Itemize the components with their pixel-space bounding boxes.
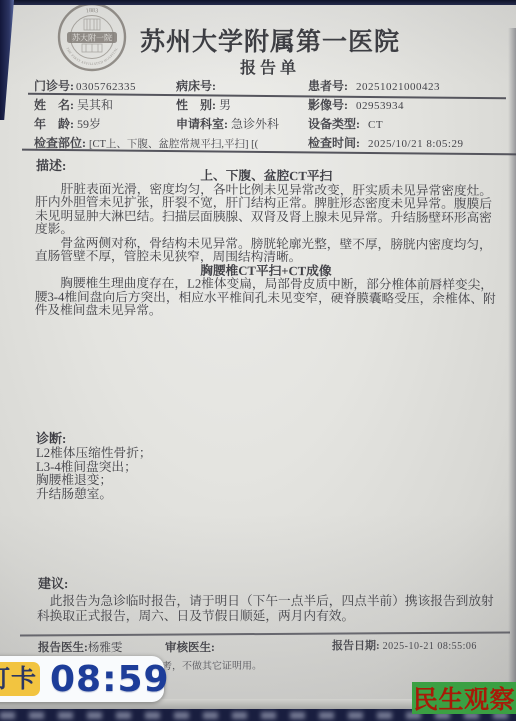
description-paragraph-liver: 肝脏表面光滑，密度均匀，各叶比例未见异常改变，肝实质未见异常密度灶。肝内外胆管未… — [35, 182, 497, 238]
photo-top-edge — [0, 0, 516, 5]
diagnosis-label: 诊断: — [36, 428, 66, 447]
image-no-value: 02953934 — [356, 100, 404, 112]
description-body: 上、下腹、盆腔CT平扫 肝脏表面光滑，密度均匀，各叶比例未见异常改变，肝实质未见… — [35, 169, 498, 320]
report-date-label: 报告日期: — [332, 640, 380, 652]
bed-no-label: 病床号: — [176, 79, 216, 93]
outpatient-no-value: 0305762335 — [76, 81, 136, 93]
info-row-2: 姓 名: 吴其和 性 别: 男 影像号:02953934 — [34, 96, 498, 115]
description-paragraph-spine: 胸腰椎生理曲度存在，L2椎体变扁，局部骨皮质中断，部分椎体前唇样变尖，腰3-4椎… — [35, 277, 497, 320]
clock-time: 08:59 — [50, 659, 170, 700]
photo-right-shadow — [508, 28, 516, 700]
name-label: 姓 名: — [34, 98, 74, 112]
sex-label: 性 别: — [176, 98, 216, 112]
report-doctor-label: 报告医生: — [38, 642, 88, 654]
exam-time-value: 2025/10/21 8:05:29 — [368, 138, 463, 150]
request-dept-label: 申请科室: — [176, 117, 228, 131]
report-doctor-name: 杨雅雯 — [88, 642, 123, 654]
patient-no-value: 20251021000423 — [356, 81, 440, 93]
image-no-label: 影像号: — [308, 98, 348, 112]
report-title: 报告单 — [118, 55, 422, 78]
outpatient-no-label: 门诊号: — [34, 79, 74, 93]
diagnosis-list: L2椎体压缩性骨折； L3-4椎间盘突出； 胸腰椎退变； 升结肠憩室。 — [36, 447, 152, 501]
age-value: 59岁 — [77, 117, 101, 131]
sex-value: 男 — [219, 98, 231, 112]
name-value: 吴其和 — [77, 98, 113, 112]
report-date: 报告日期:2025-10-21 08:55:06 — [332, 637, 477, 653]
channel-watermark: 民生观察 — [412, 682, 516, 714]
hospital-name: 苏州大学附属第一医院 — [118, 22, 422, 58]
report-date-value: 2025-10-21 08:55:06 — [383, 641, 477, 652]
diagnosis-item: 升结肠憩室。 — [36, 488, 152, 502]
device-type-label: 设备类型: — [308, 117, 360, 131]
request-dept-value: 急诊外科 — [231, 117, 279, 131]
clock-overlay: 打卡 08:59 — [0, 656, 164, 702]
description-paragraph-pelvis: 骨盆两侧对称，骨结构未见异常。膀胱轮廓光整，壁不厚，膀胱内密度均匀，直肠管壁不厚… — [35, 236, 497, 265]
advice-label: 建议: — [38, 573, 68, 592]
patient-no-label: 患者号: — [308, 79, 348, 93]
info-row-3: 年 龄: 59岁 申请科室: 急诊外科 设备类型:CT — [34, 115, 498, 134]
exam-part-value: [CT上、下腹、盆腔常规平扫,平扫] [( — [89, 139, 258, 150]
diagnosis-item: L2椎体压缩性骨折； — [36, 447, 152, 461]
advice-text: 此报告为急诊临时报告，请于明日（下午一点半后，四点半前）携该报告到放射科换取正式… — [37, 594, 499, 623]
seal-year-text: 1883 — [85, 8, 98, 15]
exam-time-label: 检查时间: — [308, 136, 360, 150]
clock-in-tag: 打卡 — [0, 662, 40, 696]
age-label: 年 龄: — [34, 117, 74, 131]
review-doctor-label: 审核医生: — [165, 639, 215, 655]
patient-info: 门诊号:0305762335 病床号: 患者号:20251021000423 姓… — [34, 77, 498, 153]
svg-text:1883: 1883 — [85, 8, 98, 15]
device-type-value: CT — [368, 119, 383, 131]
doctor-line: 报告医生:杨雅雯 审核医生: — [38, 639, 338, 655]
diagnosis-item: 胸腰椎退变； — [36, 474, 152, 488]
seal-band-text: 苏大附一院 — [72, 33, 112, 43]
hospital-seal-icon: 苏大附一院 1883 THE FIRST AFFILIATED HOSPITAL — [56, 1, 128, 73]
